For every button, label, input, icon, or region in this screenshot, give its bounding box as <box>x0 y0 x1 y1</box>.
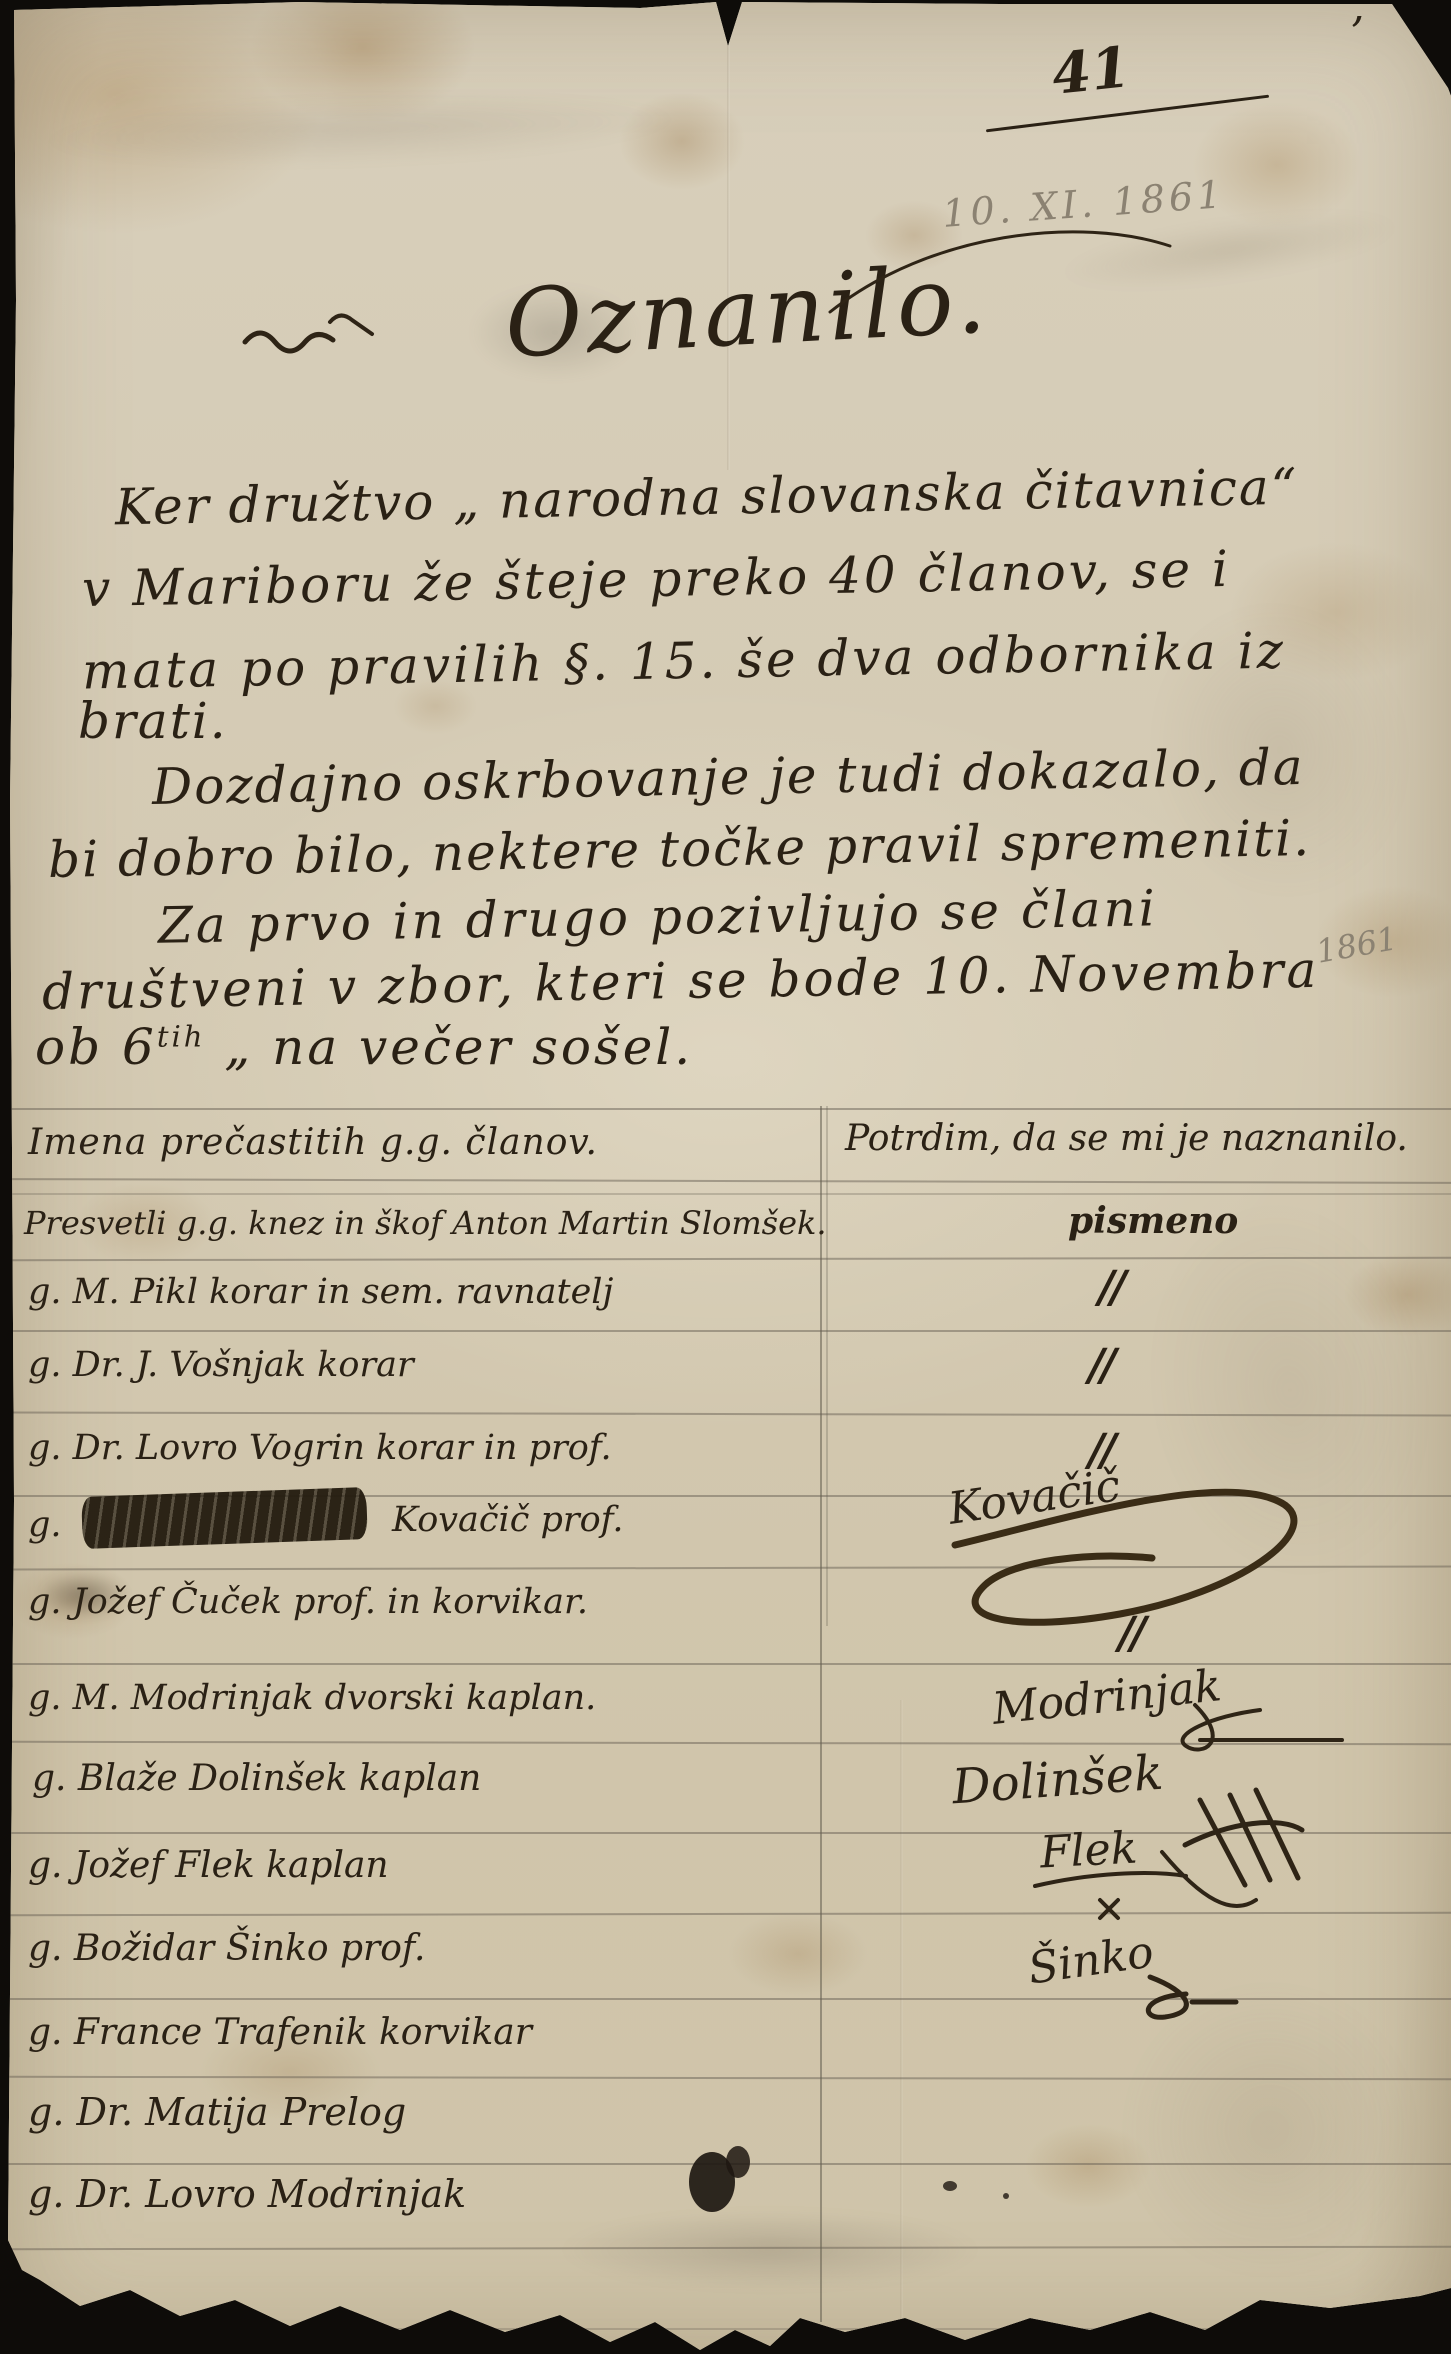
ditto-mark: // <box>1118 1608 1142 1659</box>
member-name: g. Jožef Čuček prof. in korvikar. <box>28 1582 588 1622</box>
ruled-line <box>0 2328 1451 2330</box>
paragraph2-line2: bi dobro bilo, nektere točke pravil spre… <box>48 809 1312 889</box>
ruled-line <box>0 1912 1451 1917</box>
signature: Flek <box>1039 1822 1139 1878</box>
ruled-line <box>0 1178 1451 1184</box>
confirmation-note: pismeno <box>1068 1200 1238 1242</box>
member-name: g. M. Pikl korar in sem. ravnatelj <box>28 1272 613 1312</box>
table-header-names: Imena prečastitih g.g. članov. <box>28 1122 598 1163</box>
paragraph3-line3-pre: ob 6 <box>35 1018 157 1076</box>
member-name: g. Dr. Lovro Modrinjak <box>28 2172 466 2216</box>
paragraph3-line3: ob 6tih „ na večer sošel. <box>35 1018 693 1076</box>
member-name: g. Dr. Lovro Vogrin korar in prof. <box>28 1428 612 1468</box>
member-name: g. France Trafenik korvikar <box>28 2012 532 2053</box>
struck-name-blob <box>81 1487 368 1549</box>
signature: Dolinšek <box>950 1745 1165 1816</box>
scribble-mark <box>245 333 333 351</box>
signature: Šinko <box>1025 1926 1157 1994</box>
member-name-rest: Kovačič prof. <box>392 1500 623 1540</box>
manuscript-paper: 41 ’ 10. XI. 1861 Oznanilo. Ker družtvo … <box>0 0 1451 2354</box>
paragraph3-line1: Za prvo in drugo pozivljujo se člani <box>158 879 1159 954</box>
corner-pen-mark: ’ <box>1350 8 1364 59</box>
ditto-mark: // <box>1088 1340 1112 1391</box>
ruled-line <box>0 1108 1451 1110</box>
table-header-confirm: Potrdim, da se mi je naznanilo. <box>845 1118 1408 1159</box>
member-name: g. Dr. J. Vošnjak korar <box>28 1345 414 1385</box>
dolinsek-flourish <box>1185 1790 1302 1885</box>
paragraph1-line1: Ker družtvo „ narodna slovanska čitavnic… <box>115 458 1299 537</box>
member-name: g. Jožef Flek kaplan <box>28 1845 389 1886</box>
pencil-year-note: 1861 <box>1313 919 1400 971</box>
member-name: g. M. Modrinjak dvorski kaplan. <box>28 1678 596 1718</box>
paragraph1-line4: brati. <box>78 692 228 750</box>
ruled-line <box>0 1741 1451 1746</box>
ruled-line <box>0 1663 1451 1665</box>
fold-crease <box>727 0 730 470</box>
x-mark <box>1100 1900 1118 1918</box>
ink-blot <box>689 2152 735 2212</box>
page-title: Oznanilo. <box>502 245 992 379</box>
member-name-prefix: g. <box>28 1505 62 1545</box>
member-name: Presvetli g.g. knez in škof Anton Martin… <box>24 1204 827 1242</box>
bleed-through <box>39 84 681 176</box>
ruled-line <box>0 1193 1451 1195</box>
paragraph3-line3-post: „ na večer sošel. <box>224 1018 693 1076</box>
ruled-line <box>0 1330 1451 1332</box>
table-column-divider <box>820 1106 822 2322</box>
paragraph1-line3: mata po pravilih §. 15. še dva odbornika… <box>82 621 1287 700</box>
pencil-smudge <box>560 2210 980 2290</box>
member-name: g. Blaže Dolinšek kaplan <box>32 1758 481 1799</box>
bleed-through <box>1119 1179 1451 1602</box>
ink-speck <box>943 2181 957 2191</box>
scribble-mark <box>330 315 372 334</box>
member-name: g. Božidar Šinko prof. <box>28 1928 425 1969</box>
signature: Kovačič <box>945 1460 1123 1535</box>
paragraph2-line1: Dozdajno oskrbovanje je tudi dokazalo, d… <box>152 738 1305 816</box>
ruled-line <box>0 2163 1451 2165</box>
member-name: g. Dr. Matija Prelog <box>28 2090 406 2134</box>
page-number: 41 <box>1049 34 1133 108</box>
ditto-mark: // <box>1098 1262 1122 1313</box>
signature: Modrinjak <box>990 1660 1224 1735</box>
table-column-divider <box>826 1106 828 1626</box>
bleed-through <box>1088 1948 1451 2312</box>
ink-speck <box>1003 2193 1009 2199</box>
ruled-line <box>0 1998 1451 2000</box>
ink-blot <box>726 2146 750 2178</box>
paragraph1-line2: v Mariboru že šteje preko 40 članov, se … <box>82 540 1232 618</box>
ruled-line <box>0 1832 1451 1834</box>
paragraph3-line3-superscript: tih <box>157 1019 206 1053</box>
